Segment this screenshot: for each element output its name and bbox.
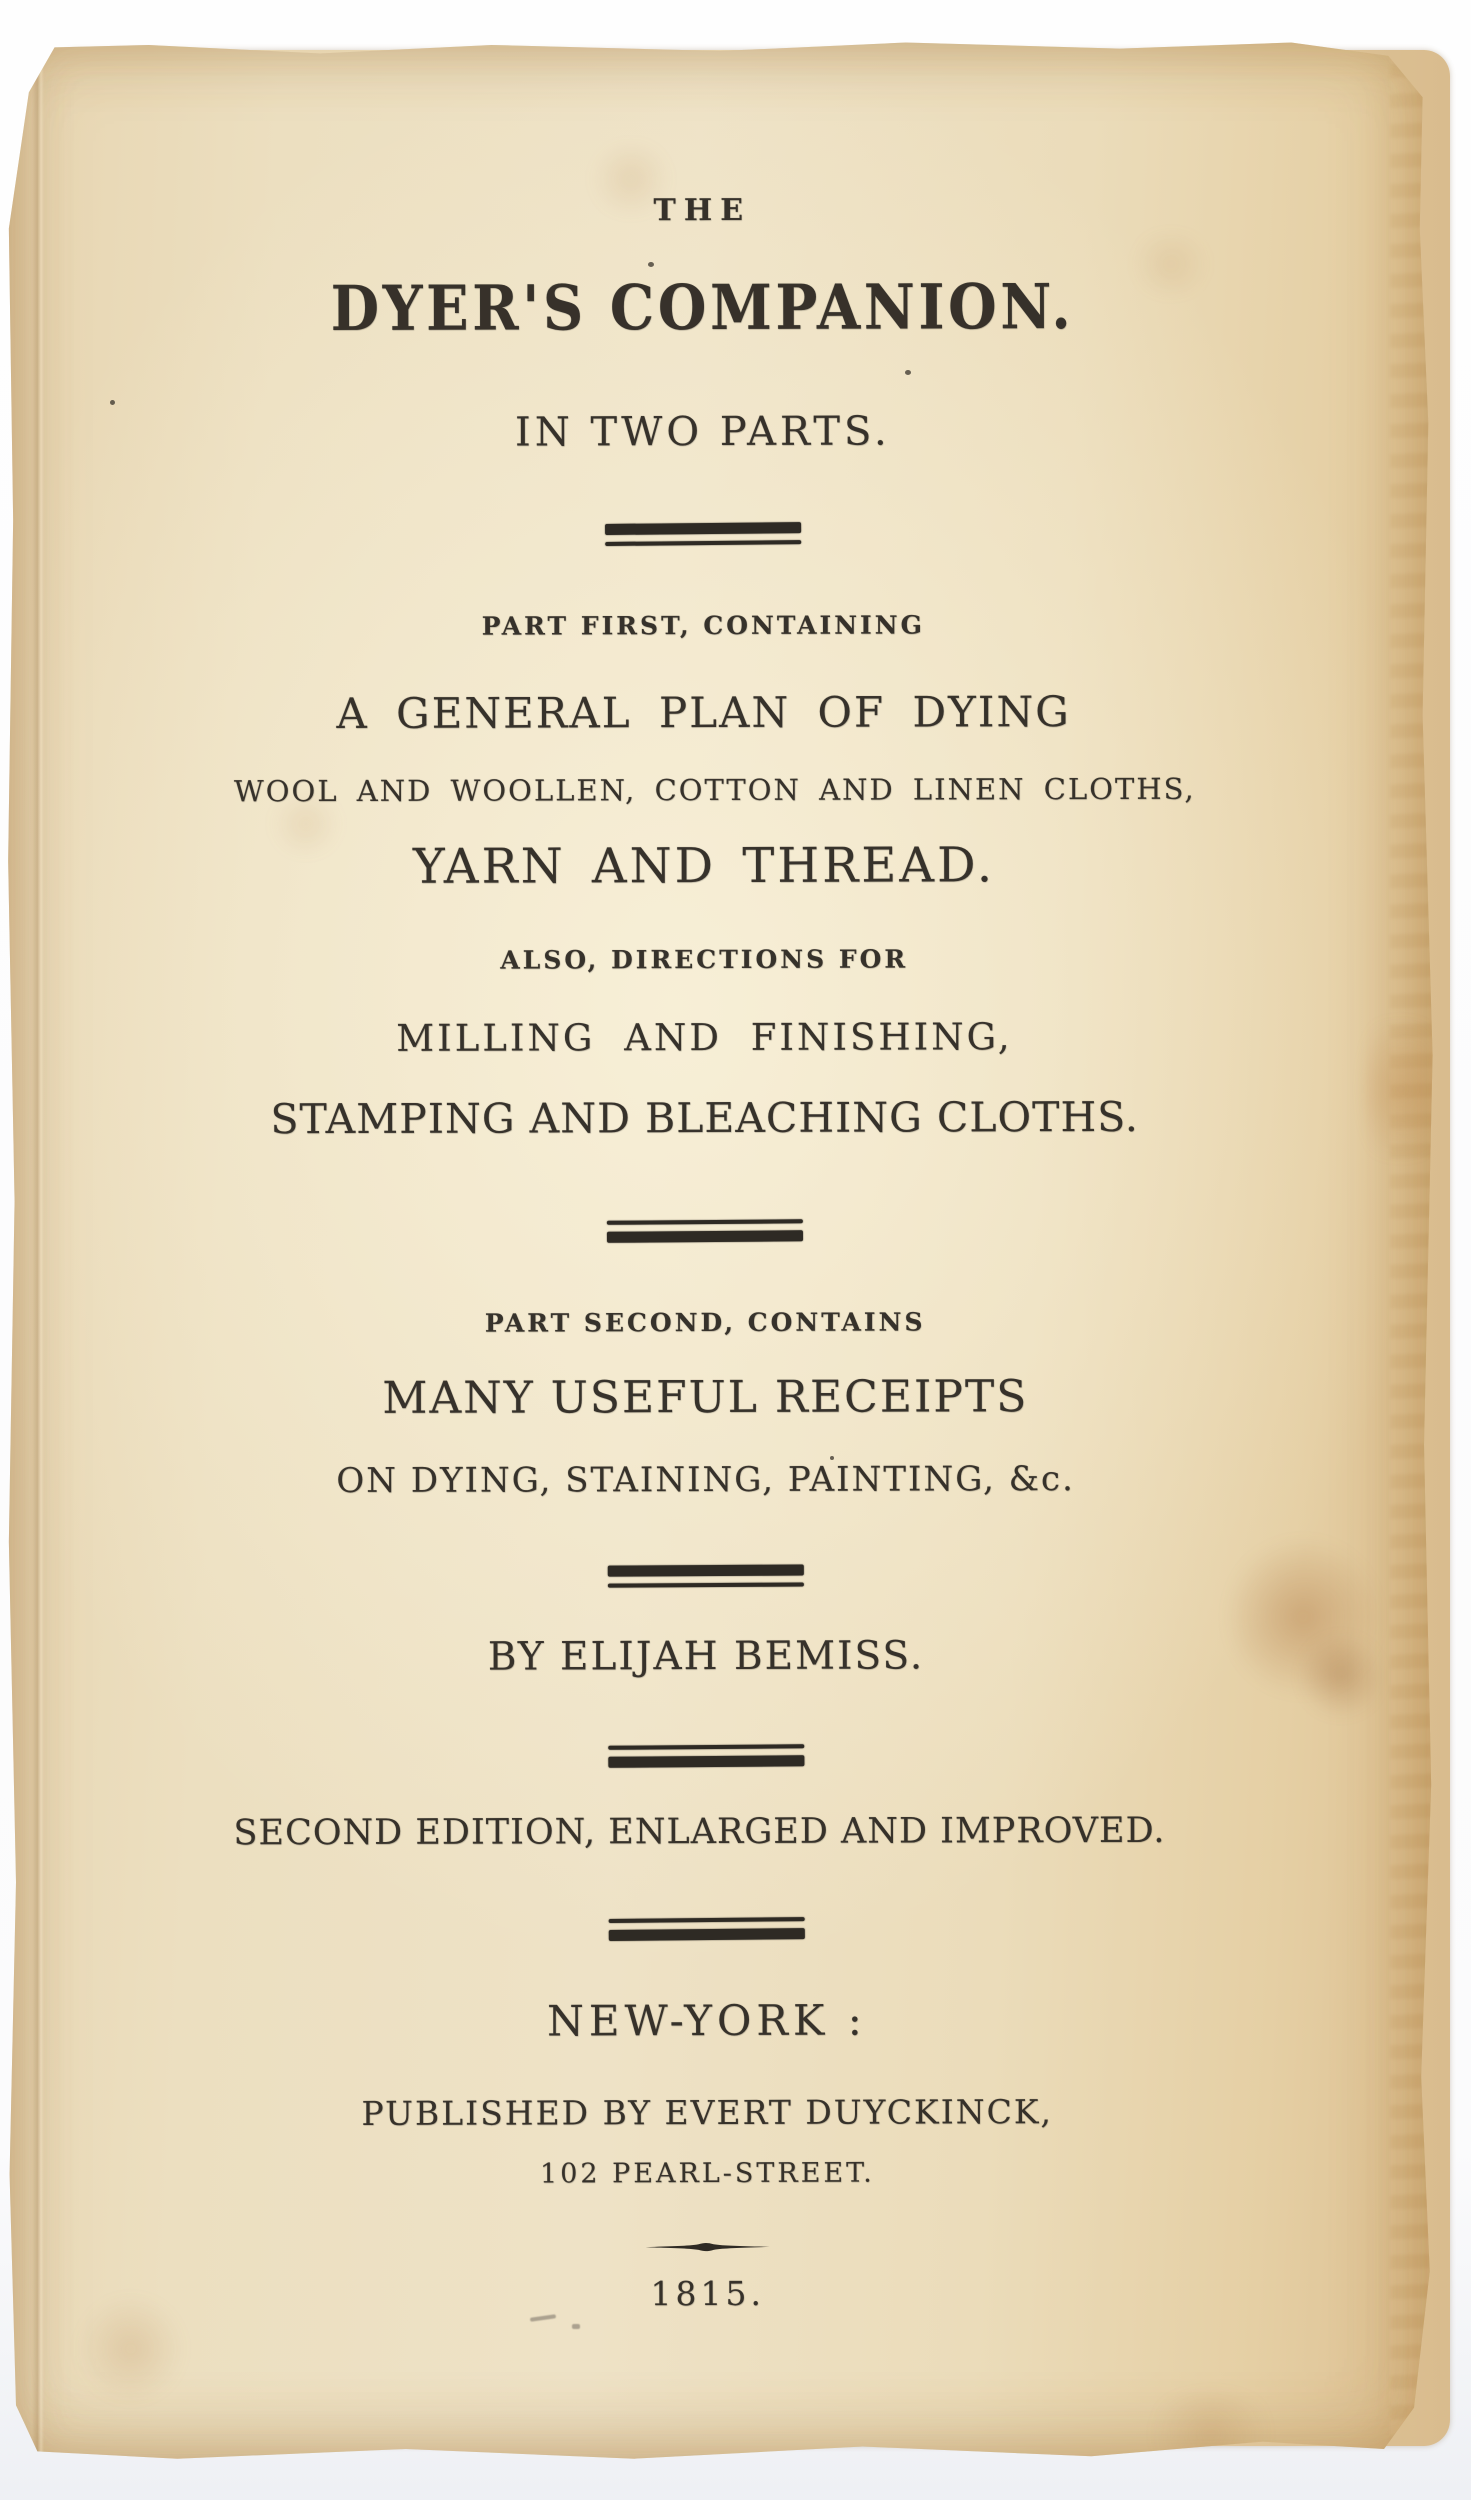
head-word: THE	[0, 194, 1416, 228]
swelled-rule-ornament	[645, 2240, 771, 2254]
double-rule-ornament	[607, 1219, 803, 1243]
imprint-year: 1815.	[0, 2275, 1422, 2312]
part-first-line: STAMPING AND BLEACHING CLOTHS.	[0, 1096, 1419, 1141]
part-first-line: MILLING AND FINISHING,	[0, 1017, 1418, 1058]
imprint-publisher: PUBLISHED BY EVERT DUYCKINCK,	[0, 2094, 1421, 2131]
double-rule-ornament	[609, 1917, 805, 1941]
book-title: DYER'S COMPANION.	[60, 275, 1345, 340]
author-line: BY ELIJAH BEMISS.	[0, 1635, 1420, 1678]
part-first-heading: PART FIRST, CONTAINING	[0, 611, 1417, 640]
photo-backdrop: THE DYER'S COMPANION. IN TWO PARTS. PART…	[0, 0, 1471, 2500]
part-first-line: A GENERAL PLAN OF DYING	[0, 690, 1418, 736]
edition-line: SECOND EDITION, ENLARGED AND IMPROVED.	[0, 1813, 1414, 1852]
part-second-heading: PART SECOND, CONTAINS	[0, 1308, 1419, 1337]
part-first-line: YARN AND THREAD.	[0, 840, 1418, 892]
double-rule-ornament	[605, 522, 801, 546]
also-directions-line: ALSO, DIRECTIONS FOR	[0, 945, 1418, 974]
imprint-address: 102 PEARL-STREET.	[0, 2158, 1421, 2189]
ink-mark-blue	[7, 74, 13, 88]
part-second-line: ON DYING, STAINING, PAINTING, &c.	[0, 1461, 1420, 1499]
part-first-line: WOOL AND WOOLLEN, COTTON AND LINEN CLOTH…	[1, 774, 1429, 807]
title-page-leaf: THE DYER'S COMPANION. IN TWO PARTS. PART…	[6, 34, 1434, 2466]
double-rule-ornament	[608, 1744, 804, 1768]
part-second-line: MANY USEFUL RECEIPTS	[0, 1374, 1419, 1422]
subtitle: IN TWO PARTS.	[0, 410, 1417, 454]
double-rule-ornament	[608, 1564, 804, 1587]
printed-text-block: THE DYER'S COMPANION. IN TWO PARTS. PART…	[3, 32, 1437, 2468]
imprint-city: NEW-YORK :	[0, 1998, 1421, 2044]
